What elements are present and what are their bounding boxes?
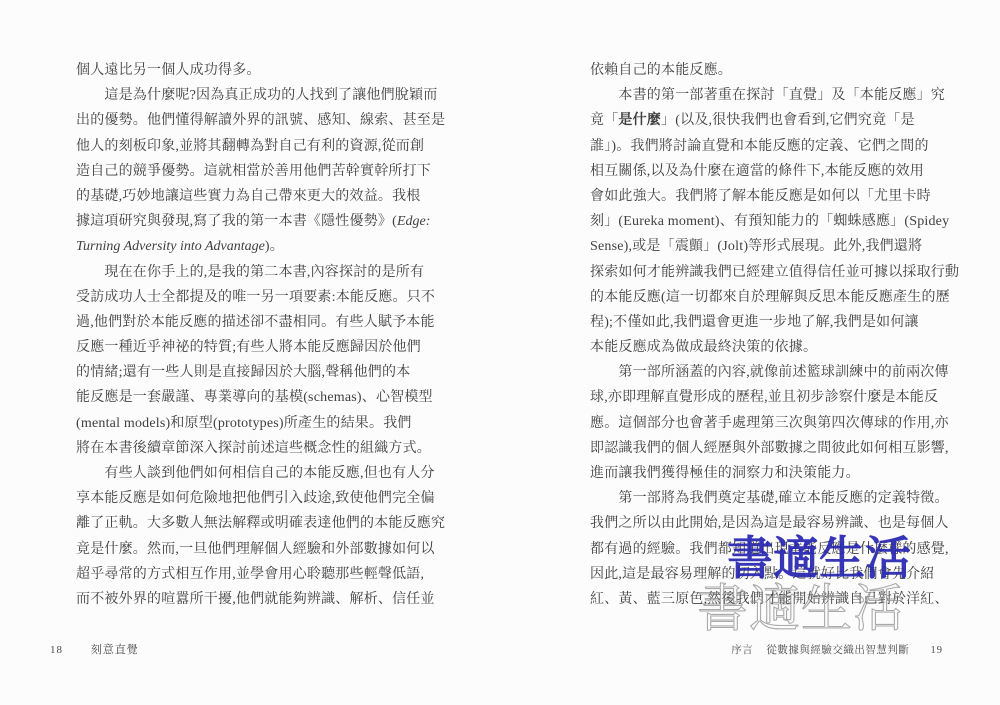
text-line: 會如此強大。我們將了解本能反應是如何以「尤里卡時	[590, 184, 942, 209]
text-line: 享本能反應是如何危險地把他們引入歧途,致使他們完全偏	[76, 486, 438, 511]
text-line: 這是為什麼呢?因為真正成功的人找到了讓他們脫穎而	[76, 83, 438, 108]
text-line: 受訪成功人士全都提及的唯一另一項要素:本能反應。只不	[76, 285, 438, 310]
right-page-footer: 序言 從數據與經驗交織出智慧判斷 19	[731, 642, 943, 657]
text-line: 他人的刻板印象,並將其翻轉為對自己有利的資源,從而創	[76, 134, 438, 159]
text-line: 的本能反應(這一切都來自於理解與反思本能反應產生的歷	[590, 285, 942, 310]
book-spread: 個人遠比另一個人成功得多。 這是為什麼呢?因為真正成功的人找到了讓他們脫穎而出的…	[0, 0, 1000, 705]
text-line: 造自己的競爭優勢。這就相當於善用他們苦幹實幹所打下	[76, 159, 438, 184]
text-line: 的基礎,巧妙地讓這些實力為自己帶來更大的效益。我根	[76, 184, 438, 209]
text-line: 因此,這是最容易理解的切入點。這就好比我們會先介紹	[590, 562, 942, 587]
text-line: 刻」(Eureka moment)、有預知能力的「蜘蛛感應」(Spidey	[590, 209, 942, 234]
text-line: 反應一種近乎神祕的特質;有些人將本能反應歸因於他們	[76, 335, 438, 360]
text-line: 相互關係,以及為什麼在適當的條件下,本能反應的效用	[590, 159, 942, 184]
text-line: 誰」)。我們將討論直覺和本能反應的定義、它們之間的	[590, 134, 942, 159]
text-line: 探索如何才能辨識我們已經建立值得信任並可據以採取行動	[590, 260, 942, 285]
text-line: 應。這個部分也會著手處理第三次與第四次傳球的作用,亦	[590, 411, 942, 436]
text-line: 能反應是一套嚴謹、專業導向的基模(schemas)、心智模型	[76, 385, 438, 410]
text-line: 超乎尋常的方式相互作用,並學會用心聆聽那些輕聲低語,	[76, 562, 438, 587]
text-line: 的情緒;還有一些人則是直接歸因於大腦,聲稱他們的本	[76, 360, 438, 385]
text-line: 離了正軌。大多數人無法解釋或明確表達他們的本能反應究	[76, 511, 438, 536]
text-line: 本能反應成為做成最終決策的依據。	[590, 335, 942, 360]
text-line: 現在在你手上的,是我的第二本書,內容探討的是所有	[76, 260, 438, 285]
text-line: 將在本書後續章節深入探討前述這些概念性的組織方式。	[76, 436, 438, 461]
text-line: 而不被外界的喧囂所干擾,他們就能夠辨識、解析、信任並	[76, 587, 438, 612]
right-page-text: 依賴自己的本能反應。 本書的第一部著重在探討「直覺」及「本能反應」究竟「是什麼」…	[590, 58, 942, 612]
left-page-number: 18	[50, 644, 63, 656]
text-line: Sense),或是「震顫」(Jolt)等形式展現。此外,我們還將	[590, 234, 942, 259]
text-line: 紅、黃、藍三原色,然後我們才能開始辨識自己對於洋紅、	[590, 587, 942, 612]
text-line: 據這項研究與發現,寫了我的第一本書《隱性優勢》(Edge:	[76, 209, 438, 234]
text-line: 個人遠比另一個人成功得多。	[76, 58, 438, 83]
text-line: 都有過的經驗。我們都知道出現本能反應是什麼樣的感覺,	[590, 537, 942, 562]
text-line: 程);不僅如此,我們還會更進一步地了解,我們是如何讓	[590, 310, 942, 335]
text-line: 第一部將為我們奠定基礎,確立本能反應的定義特徵。	[590, 486, 942, 511]
text-line: 竟「是什麼」(以及,很快我們也會看到,它們究竟「是	[590, 108, 942, 133]
text-line: 進而讓我們獲得極佳的洞察力和決策能力。	[590, 461, 942, 486]
text-line: 過,他們對於本能反應的描述卻不盡相同。有些人賦予本能	[76, 310, 438, 335]
text-line: 第一部所涵蓋的內容,就像前述籃球訓練中的前兩次傳	[590, 360, 942, 385]
text-line: 竟是什麼。然而,一旦他們理解個人經驗和外部數據如何以	[76, 537, 438, 562]
text-line: 我們之所以由此開始,是因為這是最容易辨識、也是每個人	[590, 511, 942, 536]
text-line: 即認識我們的個人經歷與外部數據之間彼此如何相互影響,	[590, 436, 942, 461]
chapter-label: 序言	[731, 645, 753, 656]
right-page-number: 19	[931, 645, 944, 656]
left-page-footer: 18 刻意直覺	[50, 641, 139, 657]
text-line: 出的優勢。他們懂得解讀外界的訊號、感知、線索、甚至是	[76, 108, 438, 133]
text-line: 球,亦即理解直覺形成的歷程,並且初步診察什麼是本能反	[590, 385, 942, 410]
text-line: Turning Adversity into Advantage)。	[76, 234, 438, 259]
text-line: 依賴自己的本能反應。	[590, 58, 942, 83]
left-page-text: 個人遠比另一個人成功得多。 這是為什麼呢?因為真正成功的人找到了讓他們脫穎而出的…	[76, 58, 438, 612]
text-line: 本書的第一部著重在探討「直覺」及「本能反應」究	[590, 83, 942, 108]
text-line: (mental models)和原型(prototypes)所產生的結果。我們	[76, 411, 438, 436]
text-line: 有些人談到他們如何相信自己的本能反應,但也有人分	[76, 461, 438, 486]
book-title: 刻意直覺	[91, 644, 139, 656]
chapter-title: 從數據與經驗交織出智慧判斷	[766, 645, 909, 656]
